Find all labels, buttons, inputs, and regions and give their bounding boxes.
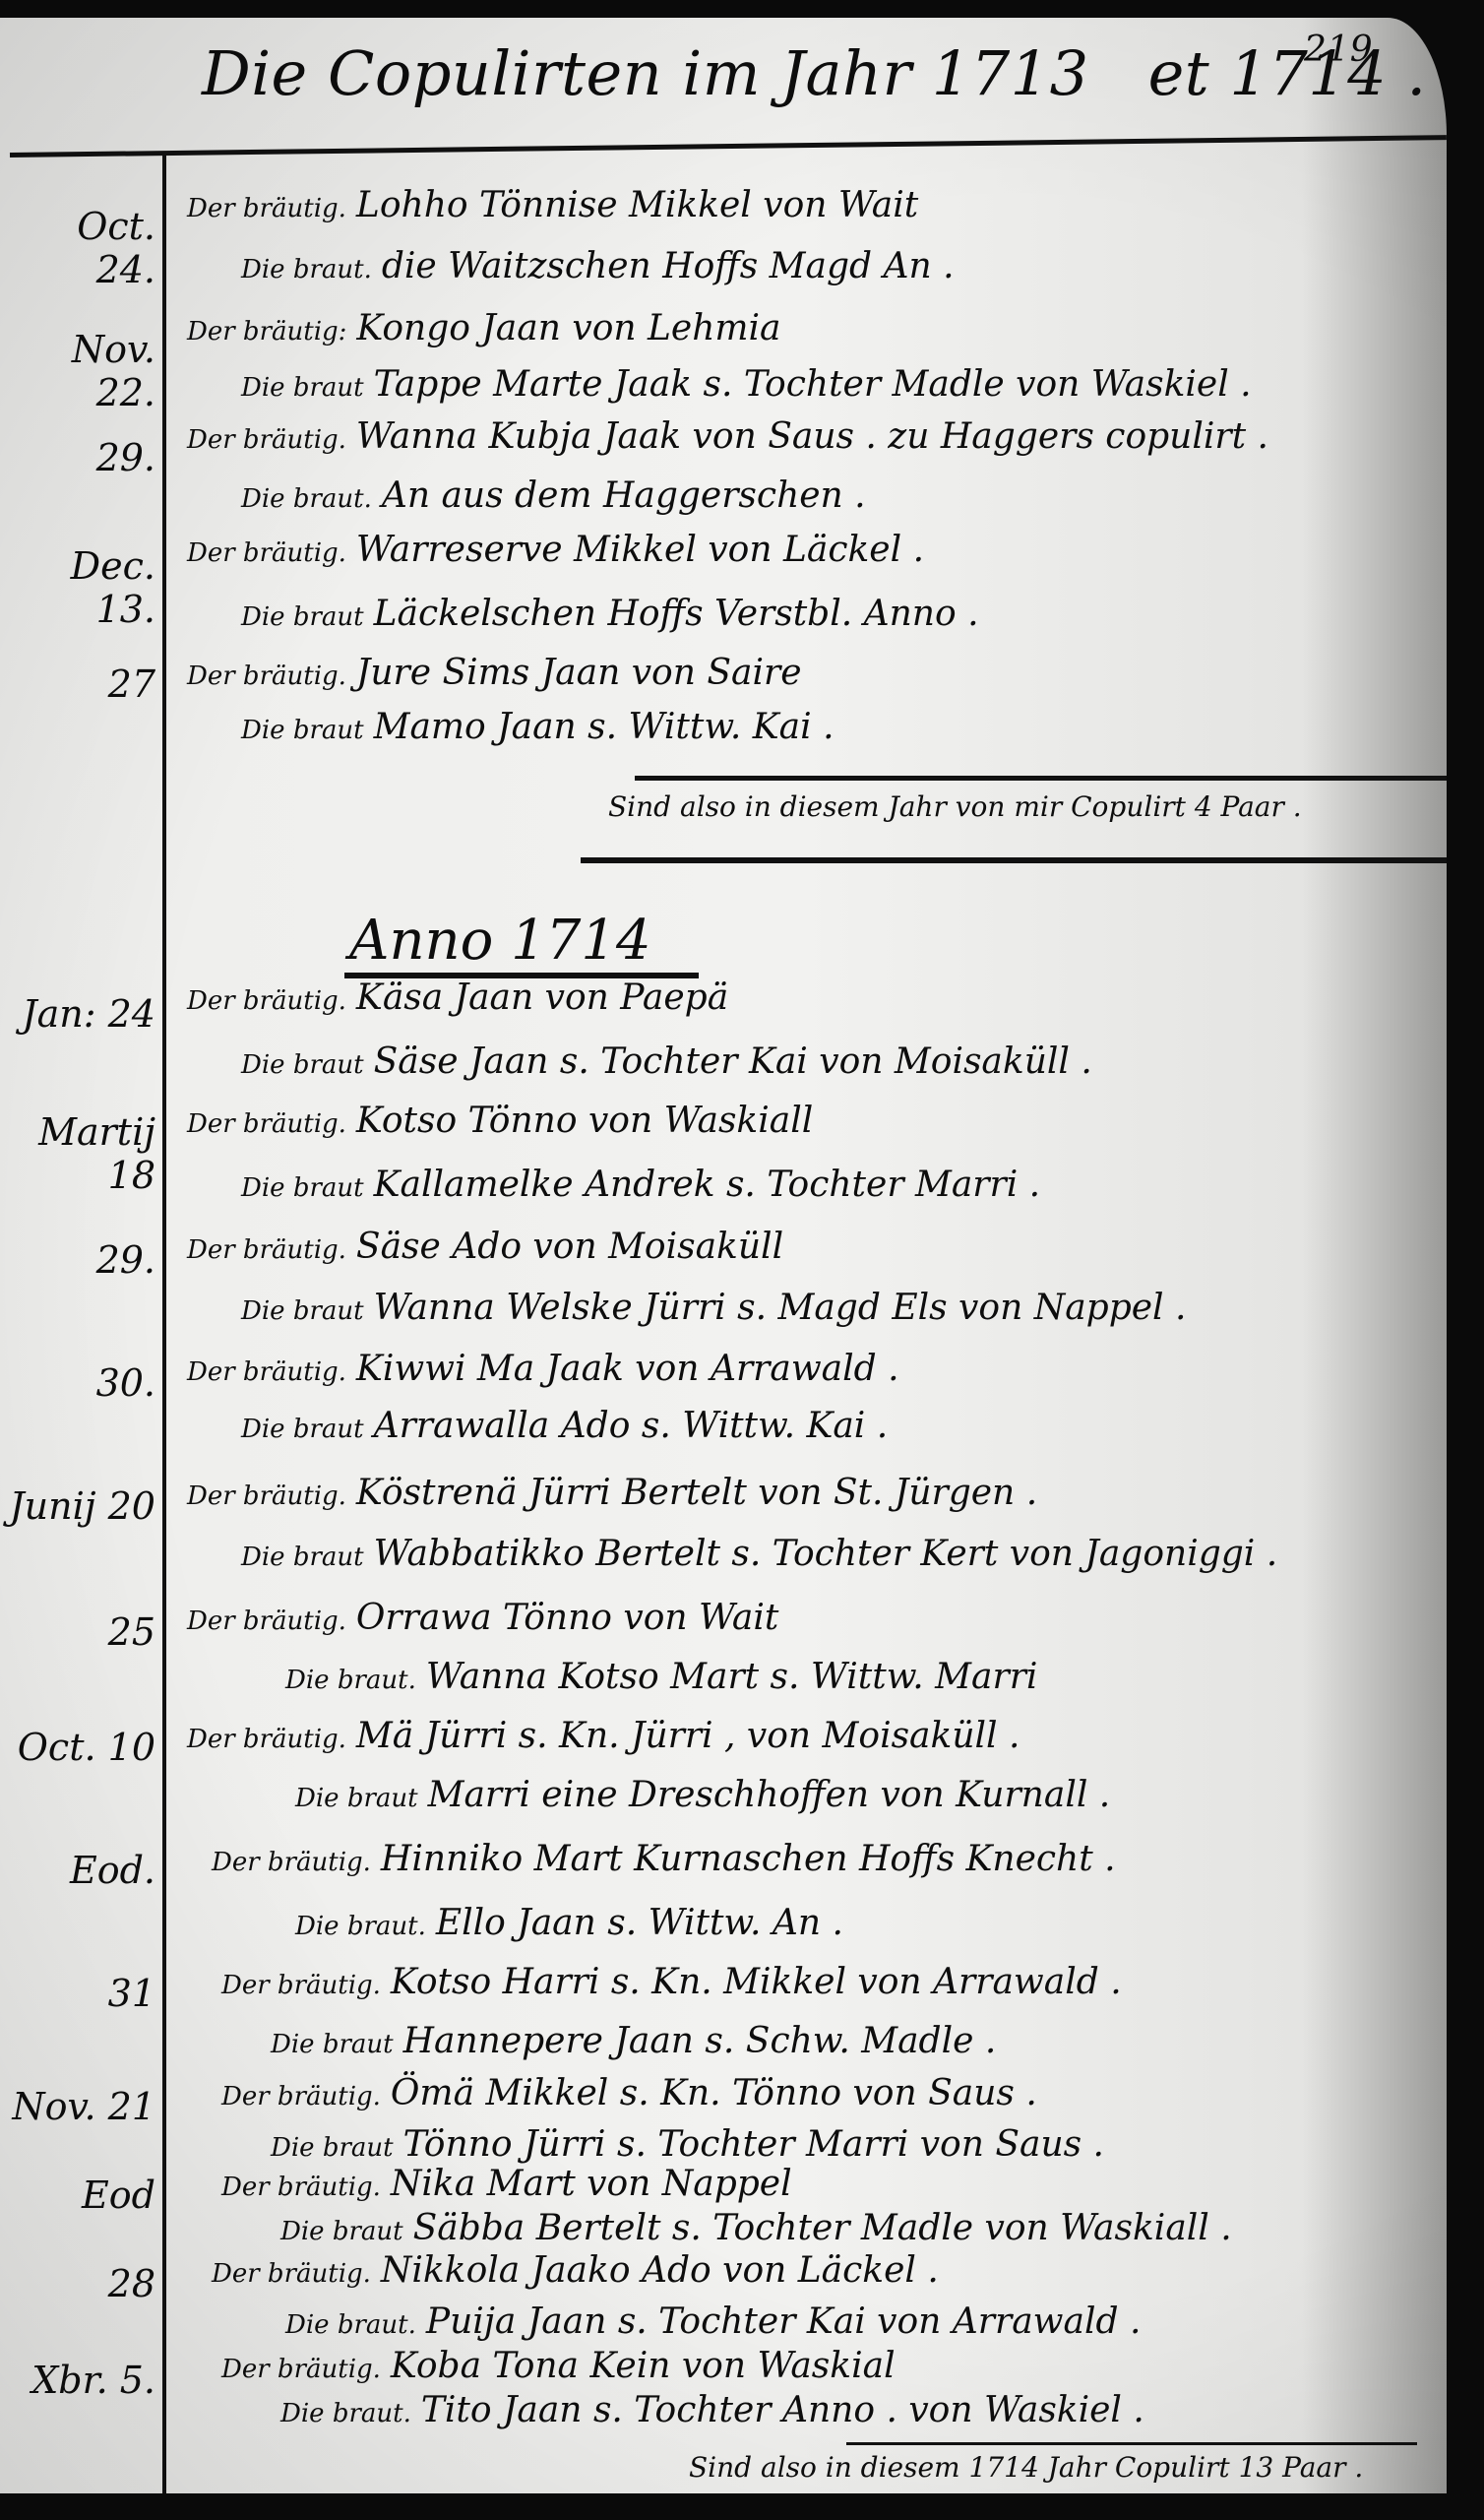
groom-label: Der bräutig. (187, 425, 346, 455)
groom-name: Wanna Kubja Jaak von Saus . zu Haggers c… (356, 416, 1268, 457)
groom-line: Der bräutig.Orrawa Tönno von Wait (187, 1598, 778, 1638)
bride-name: Mamo Jaan s. Wittw. Kai . (374, 707, 835, 747)
entry-date: Junij 20 (8, 1484, 155, 1528)
bride-line: Die braut.die Waitzschen Hoffs Magd An . (241, 246, 955, 286)
bride-line: Die brautWabbatikko Bertelt s. Tochter K… (241, 1534, 1277, 1574)
groom-name: Nikkola Jaako Ado von Läckel . (381, 2250, 939, 2291)
groom-name: Kiwwi Ma Jaak von Arrawald . (356, 1349, 899, 1389)
bride-label: Die braut (241, 1296, 364, 1326)
bride-label: Die braut (241, 1543, 364, 1572)
groom-name: Koba Tona Kein von Waskial (391, 2346, 896, 2386)
groom-line: Der bräutig.Säse Ado von Moisaküll (187, 1227, 783, 1267)
bride-name: Wabbatikko Bertelt s. Tochter Kert von J… (374, 1534, 1278, 1574)
bride-line: Die brautHannepere Jaan s. Schw. Madle . (271, 2021, 996, 2061)
bride-line: Die brautLäckelschen Hoffs Verstbl. Anno… (241, 594, 979, 634)
groom-line: Der bräutig.Mä Jürri s. Kn. Jürri , von … (187, 1716, 1020, 1756)
groom-label: Der bräutig. (187, 986, 346, 1016)
bride-label: Die braut. (295, 1912, 426, 1941)
groom-line: Der bräutig.Köstrenä Jürri Bertelt von S… (187, 1473, 1037, 1513)
bride-label: Die braut (280, 2217, 403, 2246)
groom-line: Der bräutig.Nika Mart von Nappel (221, 2164, 792, 2204)
bride-label: Die braut (271, 2133, 394, 2163)
bride-line: Die brautWanna Welske Jürri s. Magd Els … (241, 1288, 1186, 1328)
groom-label: Der bräutig. (187, 1235, 346, 1265)
bride-line: Die brautTappe Marte Jaak s. Tochter Mad… (241, 364, 1252, 405)
groom-label: Der bräutig. (187, 1606, 346, 1636)
entry-date: Eod. (8, 1849, 155, 1892)
groom-label: Der bräutig. (221, 2355, 381, 2384)
groom-line: Der bräutig.Lohho Tönnise Mikkel von Wai… (187, 185, 918, 225)
groom-label: Der bräutig. (221, 2082, 381, 2111)
groom-line: Der bräutig.Hinniko Mart Kurnaschen Hoff… (212, 1839, 1116, 1879)
entry-date: 30. (8, 1361, 155, 1405)
bride-name: An aus dem Haggerschen . (382, 475, 866, 516)
bride-name: Puija Jaan s. Tochter Kai von Arrawald . (426, 2301, 1142, 2342)
bride-name: Säbba Bertelt s. Tochter Madle von Waski… (413, 2208, 1232, 2248)
bride-name: Läckelschen Hoffs Verstbl. Anno . (374, 594, 979, 634)
bride-name: Kallamelke Andrek s. Tochter Marri . (374, 1165, 1041, 1205)
groom-line: Der bräutig.Koba Tona Kein von Waskial (221, 2346, 896, 2386)
entry-date: 28 (8, 2262, 155, 2305)
groom-name: Lohho Tönnise Mikkel von Wait (356, 185, 918, 225)
summary-rule (846, 2442, 1417, 2445)
entry-date: 29. (8, 436, 155, 479)
bride-label: Die braut (241, 1173, 364, 1203)
groom-line: Der bräutig.Kotso Tönno von Waskiall (187, 1101, 813, 1141)
bride-label: Die braut (241, 1415, 364, 1444)
bride-line: Die braut.Tito Jaan s. Tochter Anno . vo… (280, 2390, 1144, 2430)
groom-name: Säse Ado von Moisaküll (356, 1227, 783, 1267)
entry-date: Xbr. 5. (8, 2359, 155, 2402)
bride-name: Wanna Kotso Mart s. Wittw. Marri (426, 1657, 1038, 1697)
groom-name: Hinniko Mart Kurnaschen Hoffs Knecht . (381, 1839, 1116, 1879)
groom-name: Nika Mart von Nappel (391, 2164, 792, 2204)
summary-rule-top (635, 776, 1447, 781)
bride-name: Wanna Welske Jürri s. Magd Els von Nappe… (374, 1288, 1187, 1328)
groom-name: Warreserve Mikkel von Läckel . (356, 530, 924, 570)
entry-date: 31 (8, 1972, 155, 2015)
groom-line: Der bräutig.Wanna Kubja Jaak von Saus . … (187, 416, 1268, 457)
entry-date: 29. (8, 1238, 155, 1282)
entry-date: Nov. 21 (8, 2085, 155, 2128)
groom-name: Käsa Jaan von Paepä (356, 977, 728, 1018)
bride-label: Die braut (271, 2030, 394, 2059)
groom-line: Der bräutig.Käsa Jaan von Paepä (187, 977, 728, 1018)
bride-label: Die braut (295, 1784, 418, 1813)
groom-label: Der bräutig. (221, 1971, 381, 2000)
bride-line: Die braut.Puija Jaan s. Tochter Kai von … (285, 2301, 1141, 2342)
bride-line: Die brautTönno Jürri s. Tochter Marri vo… (271, 2124, 1104, 2165)
bride-name: Ello Jaan s. Wittw. An . (436, 1903, 843, 1943)
bride-line: Die braut.An aus dem Haggerschen . (241, 475, 866, 516)
title-text: Die Copulirten im Jahr 1713 (202, 37, 1089, 109)
section-heading-1714: Anno 1714 (349, 909, 651, 973)
entry-date: Oct. 24. (8, 205, 155, 291)
groom-line: Der bräutig.Warreserve Mikkel von Läckel… (187, 530, 924, 570)
summary-1713: Sind also in diesem Jahr von mir Copulir… (608, 790, 1302, 823)
groom-name: Kotso Harri s. Kn. Mikkel von Arrawald . (391, 1962, 1122, 2002)
groom-label: Der bräutig. (187, 661, 346, 691)
bride-name: Arrawalla Ado s. Wittw. Kai . (374, 1406, 889, 1446)
groom-label: Der bräutig. (187, 538, 346, 568)
bride-label: Die braut. (241, 255, 372, 284)
groom-label: Der bräutig: (187, 317, 346, 346)
bride-line: Die brautMarri eine Dreschhoffen von Kur… (295, 1775, 1110, 1815)
groom-line: Der bräutig.Nikkola Jaako Ado von Läckel… (212, 2250, 939, 2291)
groom-label: Der bräutig. (187, 1481, 346, 1511)
bride-name: die Waitzschen Hoffs Magd An . (382, 246, 955, 286)
groom-label: Der bräutig. (187, 194, 346, 223)
groom-label: Der bräutig. (221, 2173, 381, 2202)
bride-line: Die braut.Wanna Kotso Mart s. Wittw. Mar… (285, 1657, 1037, 1697)
entry-date: 25 (8, 1610, 155, 1654)
groom-label: Der bräutig. (212, 1848, 371, 1877)
groom-name: Kongo Jaan von Lehmia (356, 308, 780, 348)
bride-name: Säse Jaan s. Tochter Kai von Moisaküll . (374, 1041, 1092, 1082)
groom-label: Der bräutig. (187, 1725, 346, 1754)
groom-label: Der bräutig. (187, 1109, 346, 1139)
groom-name: Köstrenä Jürri Bertelt von St. Jürgen . (356, 1473, 1037, 1513)
bride-label: Die braut. (241, 484, 372, 514)
groom-line: Der bräutig:Kongo Jaan von Lehmia (187, 308, 781, 348)
bride-label: Die braut (241, 373, 364, 403)
groom-name: Orrawa Tönno von Wait (356, 1598, 778, 1638)
bride-label: Die braut. (280, 2399, 411, 2428)
groom-label: Der bräutig. (212, 2259, 371, 2289)
entry-date: Dec. 13. (8, 544, 155, 631)
folio-number: 219 (1304, 30, 1373, 70)
bride-line: Die brautMamo Jaan s. Wittw. Kai . (241, 707, 835, 747)
summary-1714: Sind also in diesem 1714 Jahr Copulirt 1… (689, 2451, 1363, 2484)
bride-label: Die braut (241, 602, 364, 632)
entry-date: Nov. 22. (8, 328, 155, 414)
bride-label: Die braut (241, 716, 364, 745)
bride-line: Die brautArrawalla Ado s. Wittw. Kai . (241, 1406, 888, 1446)
header-rule (10, 135, 1447, 157)
register-page: Die Copulirten im Jahr 1713et 1714 . 219… (0, 18, 1447, 2493)
groom-line: Der bräutig.Jure Sims Jaan von Saire (187, 653, 802, 693)
bride-label: Die braut (241, 1050, 364, 1080)
groom-line: Der bräutig.Kotso Harri s. Kn. Mikkel vo… (221, 1962, 1122, 2002)
title-years: et 1714 . (1148, 37, 1427, 109)
bride-label: Die braut. (285, 2310, 416, 2340)
bride-name: Tito Jaan s. Tochter Anno . von Waskiel … (421, 2390, 1144, 2430)
bride-name: Marri eine Dreschhoffen von Kurnall . (428, 1775, 1111, 1815)
entry-date: 27 (8, 662, 155, 706)
groom-name: Mä Jürri s. Kn. Jürri , von Moisaküll . (356, 1716, 1020, 1756)
bride-line: Die brautSäbba Bertelt s. Tochter Madle … (280, 2208, 1232, 2248)
bride-name: Hannepere Jaan s. Schw. Madle . (403, 2021, 997, 2061)
bride-line: Die braut.Ello Jaan s. Wittw. An . (295, 1903, 843, 1943)
entry-date: Martij 18 (8, 1110, 155, 1197)
groom-name: Ömä Mikkel s. Kn. Tönno von Saus . (391, 2073, 1037, 2113)
bride-line: Die brautKallamelke Andrek s. Tochter Ma… (241, 1165, 1040, 1205)
groom-line: Der bräutig.Kiwwi Ma Jaak von Arrawald . (187, 1349, 899, 1389)
groom-label: Der bräutig. (187, 1357, 346, 1387)
groom-name: Jure Sims Jaan von Saire (356, 653, 802, 693)
entry-date: Eod (8, 2173, 155, 2217)
bride-label: Die braut. (285, 1666, 416, 1695)
bride-line: Die brautSäse Jaan s. Tochter Kai von Mo… (241, 1041, 1092, 1082)
groom-line: Der bräutig.Ömä Mikkel s. Kn. Tönno von … (221, 2073, 1037, 2113)
groom-name: Kotso Tönno von Waskiall (356, 1101, 813, 1141)
date-margin-line (162, 156, 166, 2493)
page-title: Die Copulirten im Jahr 1713et 1714 . (202, 37, 1427, 109)
entry-date: Jan: 24 (8, 992, 155, 1036)
entry-date: Oct. 10 (8, 1726, 155, 1769)
bride-name: Tönno Jürri s. Tochter Marri von Saus . (403, 2124, 1104, 2165)
summary-rule-bottom (581, 857, 1447, 863)
bride-name: Tappe Marte Jaak s. Tochter Madle von Wa… (374, 364, 1252, 405)
